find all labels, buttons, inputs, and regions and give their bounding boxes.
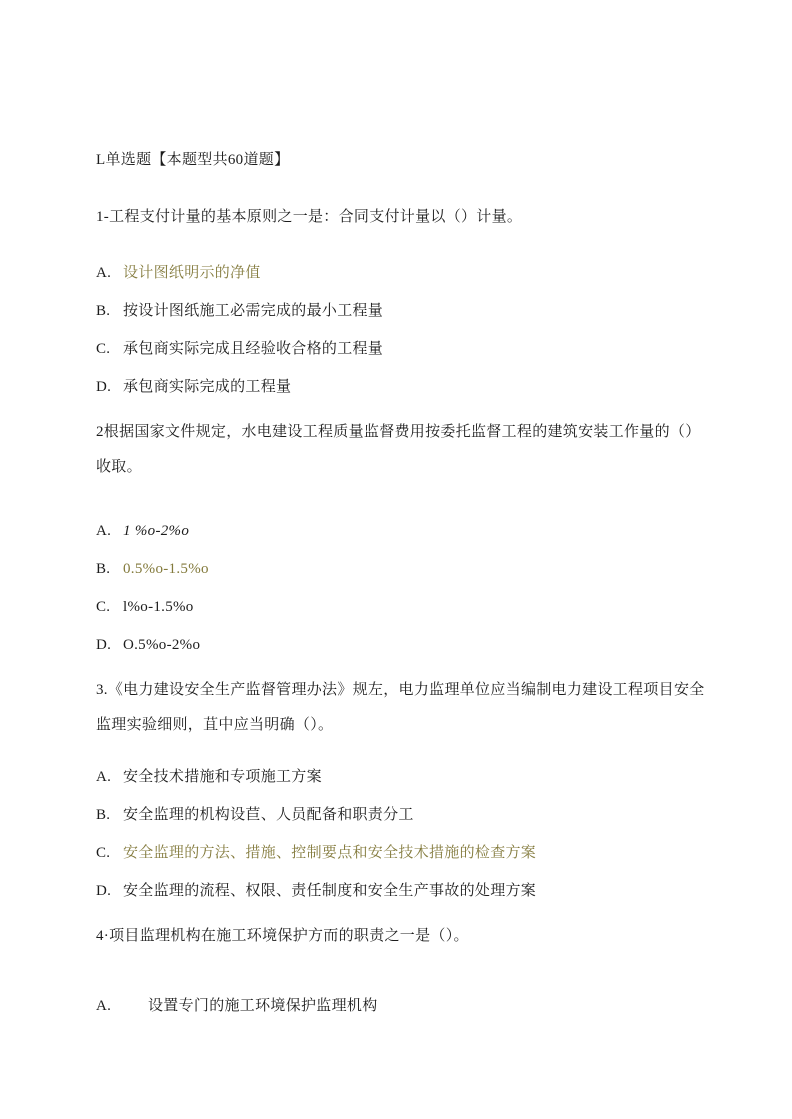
option-letter: A. — [96, 263, 123, 283]
option-text-highlighted: 0.5%o-1.5%o — [123, 559, 209, 579]
option-row: A. 安全技术措施和专项施工方案 — [96, 767, 706, 787]
option-letter: A. — [96, 767, 123, 787]
option-letter: C. — [96, 843, 123, 863]
question-text: 3.《电力建设安全生产监督管理办法》规左，电力监理单位应当编制电力建设工程项目安… — [96, 673, 706, 743]
options-list: A. 安全技术措施和专项施工方案 B. 安全监理的机构设苣、人员配备和职责分工 … — [96, 767, 706, 901]
option-row: C. l%o-1.5%o — [96, 597, 706, 617]
question-text: 2根据国家文件规定，水电建设工程质量监督费用按委托监督工程的建筑安装工作量的（）… — [96, 415, 706, 485]
option-row: A. 设计图纸明示的净值 — [96, 263, 706, 283]
option-text: 承包商实际完成的工程量 — [123, 377, 291, 397]
option-row: B. 0.5%o-1.5%o — [96, 559, 706, 579]
option-letter: B. — [96, 559, 123, 579]
question-2: 2根据国家文件规定，水电建设工程质量监督费用按委托监督工程的建筑安装工作量的（）… — [96, 415, 706, 655]
option-letter: C. — [96, 339, 123, 359]
option-row: B. 按设计图纸施工必需完成的最小工程量 — [96, 301, 706, 321]
option-letter: D. — [96, 377, 123, 397]
question-1: 1-工程支付计量的基本原则之一是：合同支付计量以（）计量。 A. 设计图纸明示的… — [96, 200, 706, 397]
question-text: 4·项目监理机构在施工环境保护方而的职责之一是（）。 — [96, 919, 706, 954]
option-text: l%o-1.5%o — [123, 597, 194, 617]
option-row: A. 设置专门的施工环境保护监理机构 — [96, 996, 706, 1016]
option-text: O.5%o-2%o — [123, 635, 200, 655]
option-text: 按设计图纸施工必需完成的最小工程量 — [123, 301, 383, 321]
option-text: 安全监理的流程、权限、责任制度和安全生产事故的处理方案 — [123, 881, 536, 901]
option-row: D. 承包商实际完成的工程量 — [96, 377, 706, 397]
option-text: 承包商实际完成且经验收合格的工程量 — [123, 339, 383, 359]
option-text-highlighted: 设计图纸明示的净值 — [123, 263, 261, 283]
option-letter: B. — [96, 805, 123, 825]
option-row: D. 安全监理的流程、权限、责任制度和安全生产事故的处理方案 — [96, 881, 706, 901]
option-letter: C. — [96, 597, 123, 617]
option-text: 1 %o-2%o — [123, 521, 189, 541]
option-row: B. 安全监理的机构设苣、人员配备和职责分工 — [96, 805, 706, 825]
option-text: 设置专门的施工环境保护监理机构 — [148, 996, 378, 1016]
option-row: A. 1 %o-2%o — [96, 521, 706, 541]
option-row: C. 承包商实际完成且经验收合格的工程量 — [96, 339, 706, 359]
option-text: 安全监理的机构设苣、人员配备和职责分工 — [123, 805, 414, 825]
question-text: 1-工程支付计量的基本原则之一是：合同支付计量以（）计量。 — [96, 200, 706, 235]
option-text-highlighted: 安全监理的方法、措施、控制要点和安全技术措施的检查方案 — [123, 843, 536, 863]
option-letter: A. — [96, 521, 123, 541]
option-letter: D. — [96, 635, 123, 655]
options-list: A. 设计图纸明示的净值 B. 按设计图纸施工必需完成的最小工程量 C. 承包商… — [96, 263, 706, 397]
option-text: 安全技术措施和专项施工方案 — [123, 767, 322, 787]
option-letter: B. — [96, 301, 123, 321]
question-4: 4·项目监理机构在施工环境保护方而的职责之一是（）。 A. 设置专门的施工环境保… — [96, 919, 706, 1016]
option-letter: A. — [96, 996, 148, 1016]
question-3: 3.《电力建设安全生产监督管理办法》规左，电力监理单位应当编制电力建设工程项目安… — [96, 673, 706, 901]
exam-section-header: L单选题【本题型共60道题】 — [96, 150, 706, 170]
options-list: A. 设置专门的施工环境保护监理机构 — [96, 996, 706, 1016]
option-row: C. 安全监理的方法、措施、控制要点和安全技术措施的检查方案 — [96, 843, 706, 863]
document-page: L单选题【本题型共60道题】 1-工程支付计量的基本原则之一是：合同支付计量以（… — [0, 0, 792, 1119]
option-row: D. O.5%o-2%o — [96, 635, 706, 655]
option-letter: D. — [96, 881, 123, 901]
options-list: A. 1 %o-2%o B. 0.5%o-1.5%o C. l%o-1.5%o … — [96, 521, 706, 655]
